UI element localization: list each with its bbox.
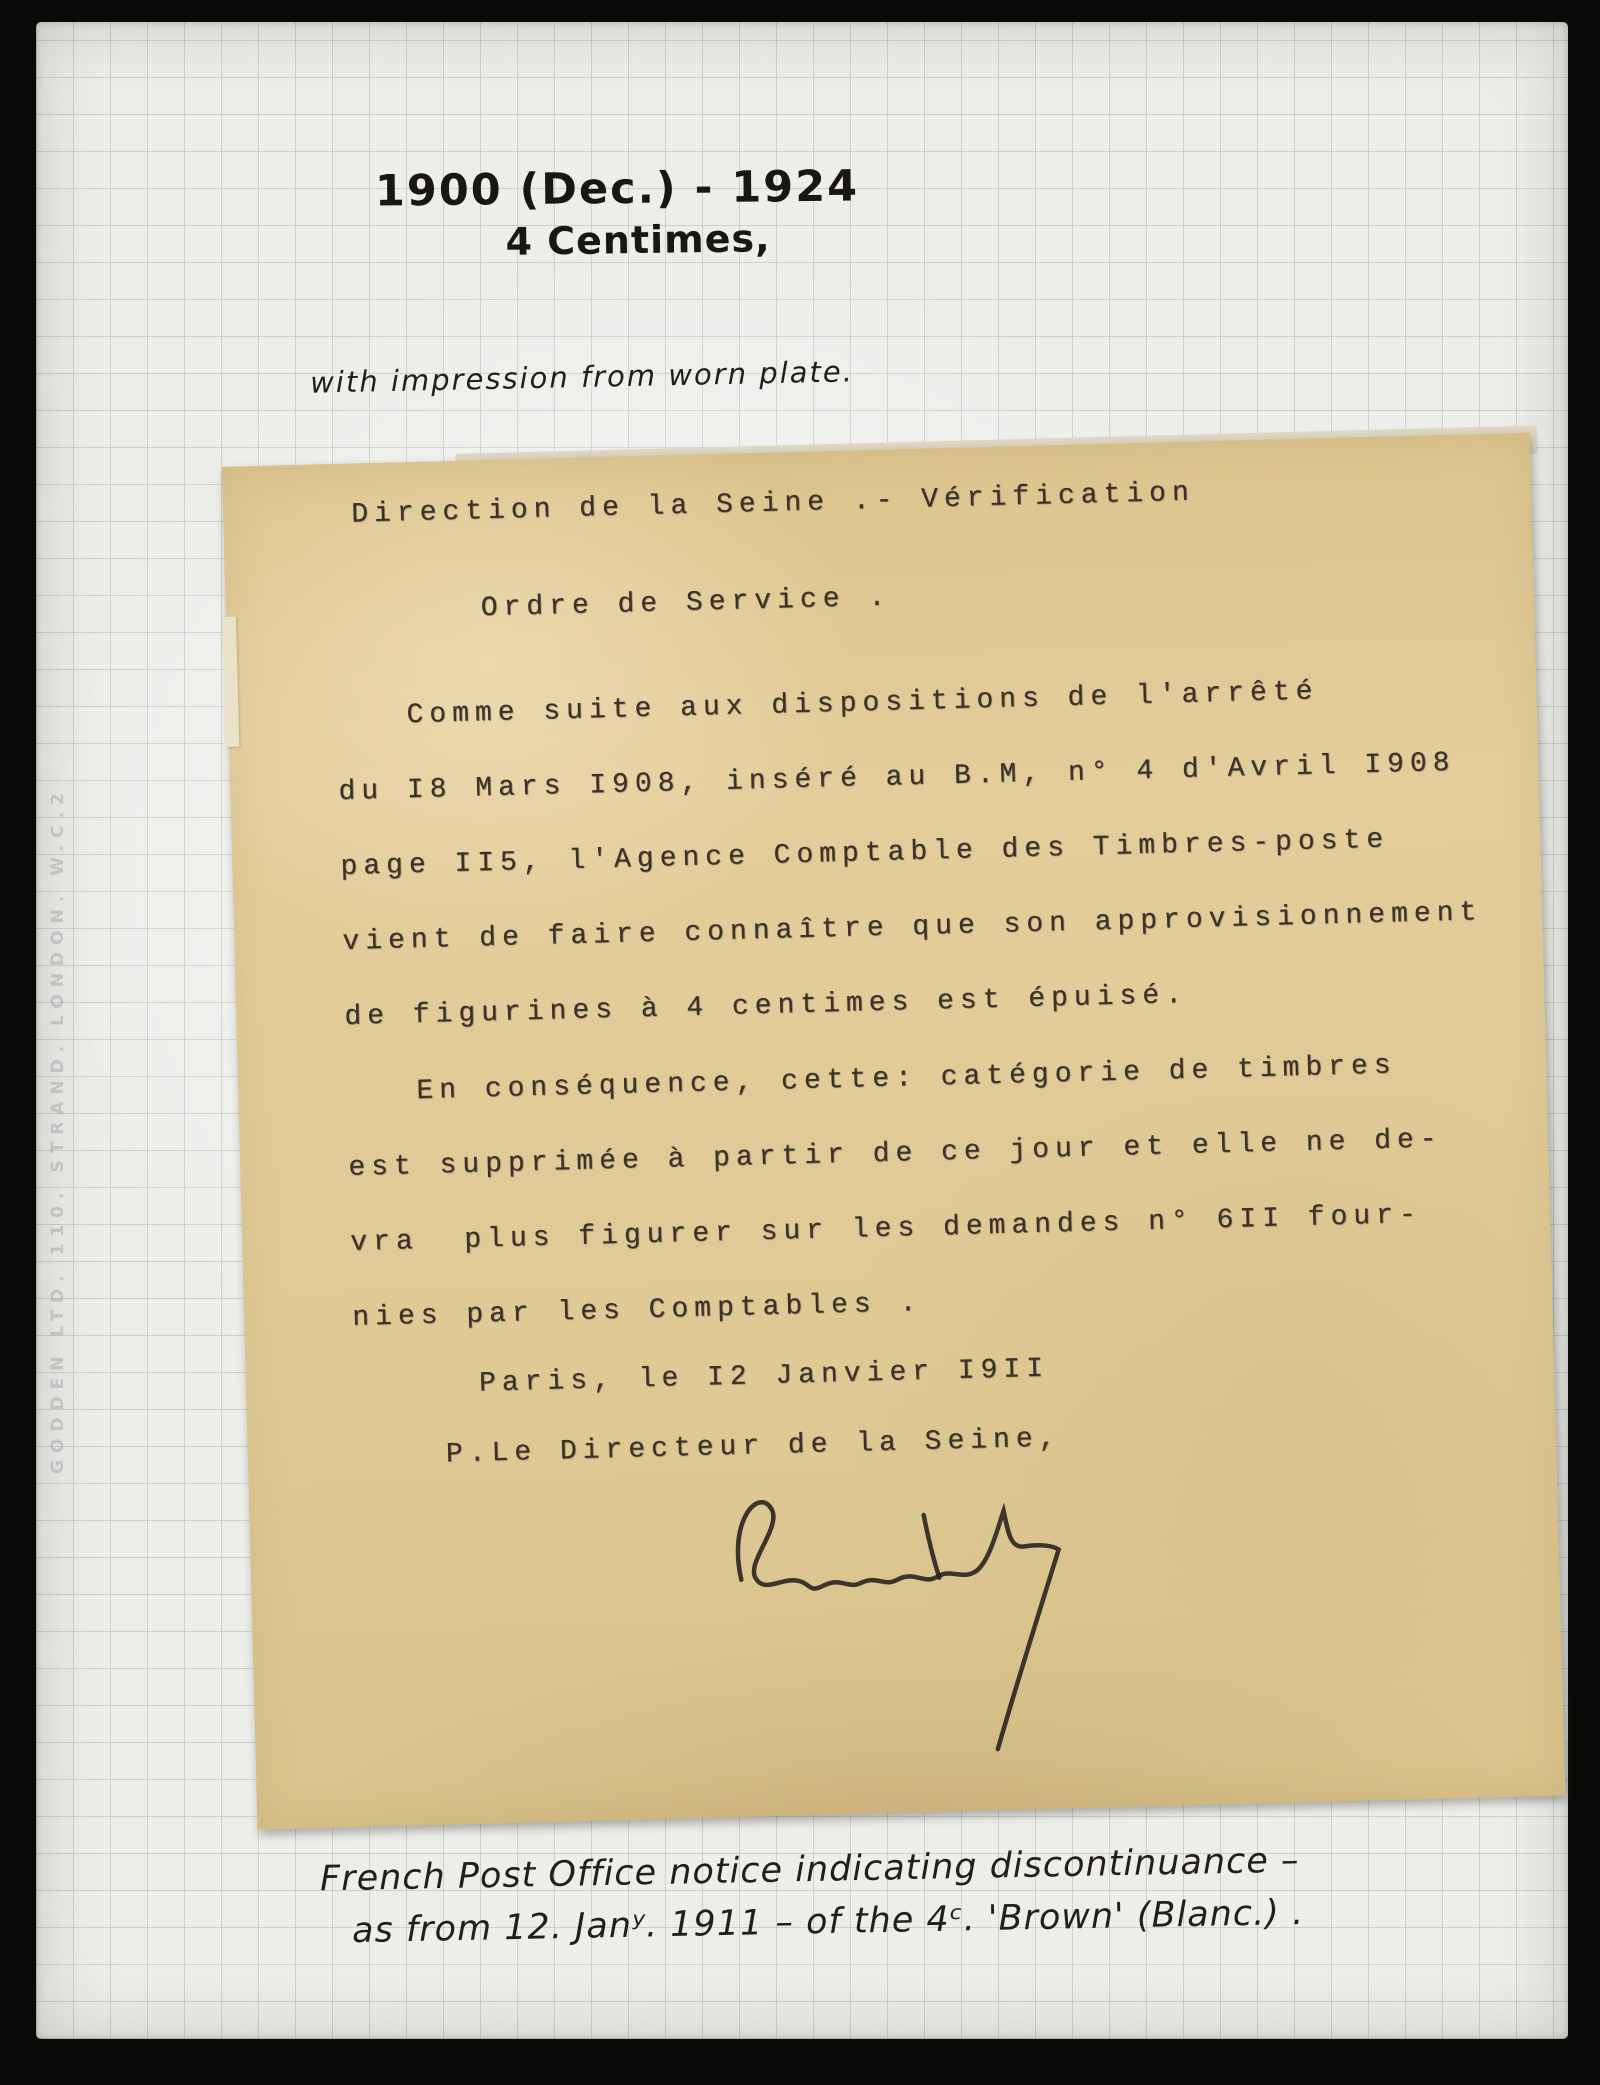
doc-subheader: Ordre de Service . — [480, 583, 891, 625]
heading-years: 1900 (Dec.) - 1924 — [375, 161, 860, 216]
pasted-notice-document: Direction de la Seine .- Vérification Or… — [222, 433, 1565, 1830]
doc-date-line: Paris, le I2 Janvier I9II — [479, 1354, 1050, 1400]
graph-paper: GODDEN LTD. 110. STRAND. LONDON. W.C.2 1… — [36, 22, 1568, 2039]
doc-body-line: est supprimée à partir de ce jour et ell… — [348, 1124, 1443, 1184]
doc-body-line: de figurines à 4 centimes est épuisé. — [344, 980, 1188, 1033]
signature-scrawl — [700, 1453, 1080, 1775]
stamp-hinge — [222, 617, 239, 747]
heading-note: with impression from worn plate. — [310, 354, 854, 399]
doc-body-line: vient de faire connaître que son approvi… — [342, 897, 1483, 958]
scanned-album-page: GODDEN LTD. 110. STRAND. LONDON. W.C.2 1… — [0, 0, 1600, 2085]
caption-line-2: as from 12. Janʸ. 1911 – of the 4ᶜ. 'Bro… — [352, 1893, 1305, 1951]
doc-header: Direction de la Seine .- Vérification — [351, 478, 1195, 531]
album-maker-imprint: GODDEN LTD. 110. STRAND. LONDON. W.C.2 — [48, 786, 68, 1474]
doc-body-line: page II5, l'Agence Comptable des Timbres… — [340, 825, 1389, 883]
doc-body-line: nies par les Comptables . — [352, 1288, 923, 1334]
doc-body-line: En conséquence, cette: catégorie de timb… — [416, 1050, 1397, 1107]
doc-body-line: Comme suite aux dispositions de l'arrêté — [406, 676, 1319, 731]
doc-body-line: du I8 Mars I908, inséré au B.M, n° 4 d'A… — [338, 748, 1456, 808]
heading-denomination: 4 Centimes, — [505, 216, 771, 264]
doc-body-line: vra plus figurer sur les demandes n° 6II… — [350, 1200, 1422, 1259]
caption-line-1: French Post Office notice indicating dis… — [320, 1841, 1300, 1900]
